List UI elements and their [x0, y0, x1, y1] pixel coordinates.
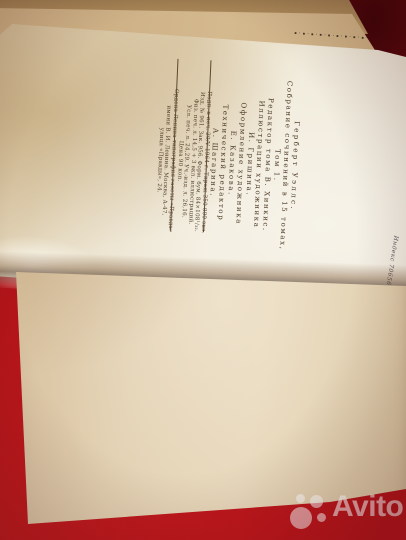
avito-logo-icon [290, 492, 330, 532]
avito-logo-dot-big [290, 507, 312, 529]
avito-wordmark: Avito [332, 490, 403, 524]
avito-logo-dot-tiny [317, 513, 326, 522]
colophon-text-block: Герберт Уэллс. Собрание сочинений в 15 т… [145, 58, 304, 268]
avito-logo-dot-small [296, 494, 305, 503]
page-edge-marks: ▪·▪·▪·▪·▪·▪·▪·▪·▪·▪ [294, 31, 376, 42]
avito-watermark: Avito [290, 492, 406, 536]
avito-logo-dot-medium [310, 495, 323, 508]
product-photo: ▪·▪·▪·▪·▪·▪·▪·▪·▪·▪ Герберт Уэллс. Собра… [0, 0, 406, 540]
